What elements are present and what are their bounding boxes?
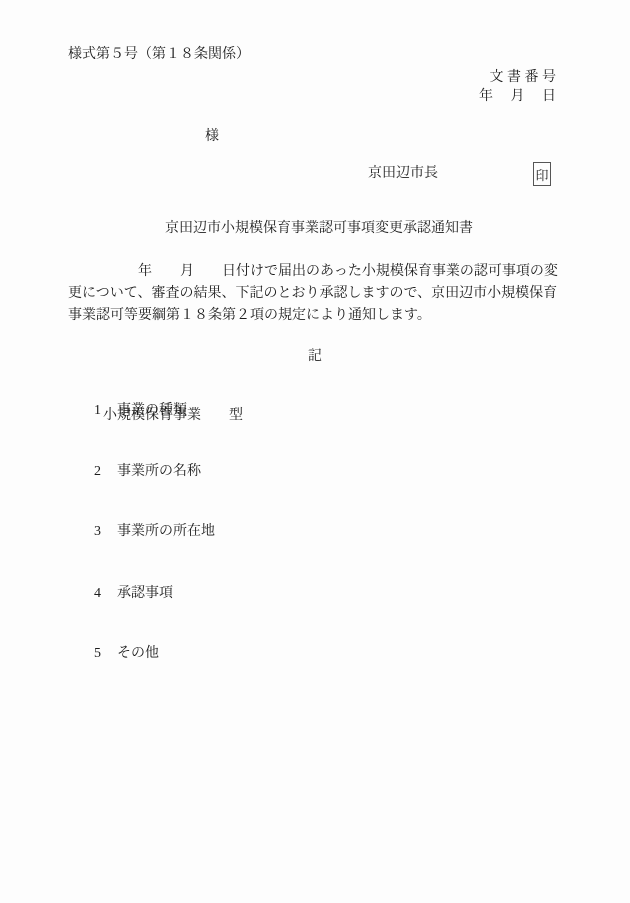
date-line: 年 月 日 — [479, 89, 556, 105]
item-4-number: 4 — [94, 586, 117, 602]
document-number-label: 文 書 番 号 — [490, 70, 557, 86]
list-item-4: 4承認事項 — [80, 570, 173, 618]
item-5-number: 5 — [94, 646, 117, 662]
item-2-label: 事業所の名称 — [117, 464, 201, 479]
item-3-label: 事業所の所在地 — [117, 524, 215, 539]
record-marker: 記 — [0, 349, 630, 365]
item-2-number: 2 — [94, 464, 117, 480]
item-4-label: 承認事項 — [117, 586, 173, 601]
addressee-honorific: 様 — [205, 129, 219, 145]
document-title: 京田辺市小規模保育事業認可事項変更承認通知書 — [165, 221, 473, 237]
seal-stamp-label: 印 — [535, 165, 548, 184]
document-page: 様式第５号（第１８条関係） 文 書 番 号 年 月 日 様 京田辺市長 印 京田… — [0, 0, 630, 903]
list-item-2: 2事業所の名称 — [80, 448, 201, 496]
item-3-number: 3 — [94, 524, 117, 540]
item-1-detail: 小規模保育事業 型 — [103, 408, 243, 424]
body-paragraph: 年 月 日付けで届出のあった小規模保育事業の認可事項の変 更について、審査の結果… — [68, 261, 568, 327]
list-item-5: 5その他 — [80, 630, 159, 678]
item-5-label: その他 — [117, 646, 159, 661]
seal-box: 印 — [533, 162, 551, 186]
list-item-3: 3事業所の所在地 — [80, 508, 215, 556]
body-line-3: 事業認可等要綱第１８条第２項の規定により通知します。 — [68, 305, 568, 327]
body-line-1: 年 月 日付けで届出のあった小規模保育事業の認可事項の変 — [68, 261, 568, 283]
form-number-label: 様式第５号（第１８条関係） — [68, 47, 250, 63]
body-line-2: 更について、審査の結果、下記のとおり承認しますので、京田辺市小規模保育 — [68, 283, 568, 305]
sender-name: 京田辺市長 — [368, 166, 438, 182]
